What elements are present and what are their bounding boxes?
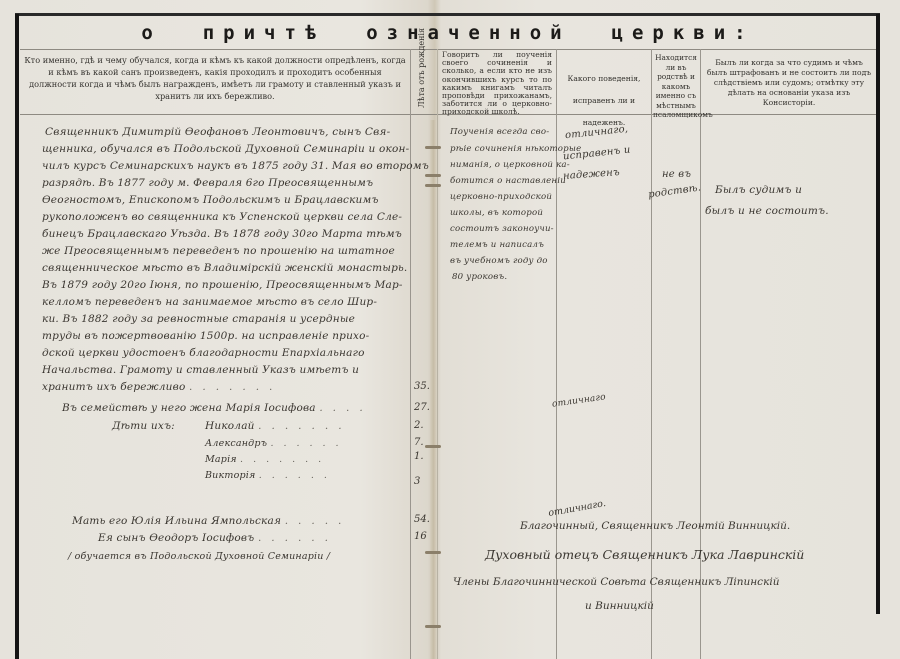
- dean-signature: Благочинный, Священникъ Леонтій Винницкі…: [520, 520, 790, 532]
- binding-stitch: [425, 445, 441, 448]
- child-name: Александръ ......: [205, 435, 349, 453]
- sermons-line: церковно-приходской: [450, 189, 552, 207]
- right-border-rule: [876, 14, 880, 614]
- column-rule-relatives: [700, 49, 701, 659]
- binding-stitch: [425, 174, 441, 177]
- entry-line: чилъ курсъ Семинарскихъ наукъ въ 1875 го…: [42, 158, 429, 176]
- child-name: Викторія ......: [205, 467, 337, 485]
- entry-line: щенника, обучался въ Подольской Духовной…: [42, 141, 409, 159]
- son-line: Ея сынъ Өеодоръ Іосифовъ ......: [98, 530, 338, 548]
- sermons-line: школы, въ которой: [450, 205, 543, 223]
- child-age: 2.: [414, 420, 424, 431]
- binding-stitch: [425, 551, 441, 554]
- entry-line: бинецъ Брацлавскаго Уѣзда. Въ 1878 году …: [42, 226, 402, 244]
- wife-line: Въ семействѣ у него жена Марія Іосифова …: [62, 400, 373, 418]
- council-members-signature-cont: и Винницкій: [585, 600, 654, 612]
- entry-line: Въ 1879 году 20го Іюня, по прошенію, Пре…: [42, 277, 403, 295]
- child-age: 3: [414, 476, 420, 487]
- binding-stitch: [425, 184, 441, 187]
- sermons-line: въ учебномъ году до: [450, 253, 548, 271]
- page-title: о причтѣ означенной церкви:: [141, 22, 754, 44]
- son-note: / обучается въ Подольской Духовной Семин…: [68, 548, 330, 566]
- children-label: Дѣти ихъ:: [112, 418, 175, 436]
- entry-line: разрядѣ. Въ 1877 году м. Февраля 6го Пре…: [42, 175, 373, 193]
- column-rule-age-right: [437, 49, 438, 659]
- left-border-rule: [15, 14, 19, 659]
- entry-line: рукоположенъ во священника къ Успенской …: [42, 209, 402, 227]
- sermons-line: Поученія всегда сво-: [450, 125, 549, 141]
- sermons-line: 80 уроковъ.: [452, 269, 507, 287]
- header-age-column: Лѣта отъ рожденія: [417, 52, 427, 108]
- confessor-signature: Духовный отецъ Священникъ Лука Лавринскі…: [485, 547, 804, 562]
- wife-age: 27.: [414, 402, 430, 413]
- entry-line: Начальства. Грамоту и ставленный Указъ и…: [42, 362, 359, 380]
- title-band: о причтѣ означенной церкви:: [20, 16, 876, 49]
- council-members-signature: Члены Благочиннической Совѣта Священникъ…: [453, 576, 779, 588]
- court-line: Былъ судимъ и: [715, 182, 802, 200]
- header-court-column: Былъ ли когда за что судимъ и чѣмъ былъ …: [705, 58, 873, 108]
- binding-stitch: [425, 625, 441, 628]
- column-rule-age-left: [410, 49, 411, 659]
- child-age: 7.: [414, 437, 424, 448]
- header-sermons-column: Говоритъ ли поученія своего сочиненія и …: [442, 51, 552, 117]
- son-age: 16: [414, 531, 427, 542]
- entry-age: 35.: [414, 381, 430, 392]
- entry-line: келломъ переведенъ на занимаемое мѣсто в…: [42, 294, 377, 312]
- entry-line: Ѳеогностомъ, Епископомъ Подольскимъ и Бр…: [42, 192, 379, 210]
- entry-line: ки. Въ 1882 году за ревностные старанія …: [42, 311, 355, 329]
- binding-stitch: [425, 146, 441, 149]
- sermons-line: ниманія, о церковной ка-: [450, 157, 570, 175]
- header-education-column: Кто именно, гдѣ и чему обучался, когда и…: [24, 54, 406, 102]
- column-rule-behavior: [651, 49, 652, 659]
- entry-line: дской церкви удостоенъ благодарности Епа…: [42, 345, 365, 363]
- entry-line: Священникъ Димитрій Өеофановъ Леонтовичъ…: [45, 124, 390, 142]
- child-name: Марія .......: [205, 451, 331, 469]
- sermons-line: ботится о наставленіи: [450, 173, 566, 191]
- entry-line: хранитъ ихъ бережливо .......: [42, 379, 282, 397]
- child-name: Николай .......: [205, 418, 352, 436]
- sermons-line: телемъ и написалъ: [450, 237, 544, 255]
- entry-line: труды въ пожертвованію 1500р. на исправл…: [42, 328, 369, 346]
- court-line: былъ и не состоитъ.: [705, 203, 829, 221]
- book-fold: [430, 120, 437, 659]
- child-age: 1.: [414, 451, 424, 462]
- mother-age: 54.: [414, 514, 430, 525]
- header-relatives-column: Находится ли въ родствѣ и какомъ именно …: [653, 53, 699, 120]
- entry-line: же Преосвященнымъ переведенъ по прошенію…: [42, 243, 395, 261]
- mother-line: Мать его Юлія Ильина Ямпольская .....: [72, 513, 351, 531]
- sermons-line: состоитъ законоучи-: [450, 221, 554, 239]
- entry-line: священническое мѣсто въ Владимірскій жен…: [42, 260, 407, 278]
